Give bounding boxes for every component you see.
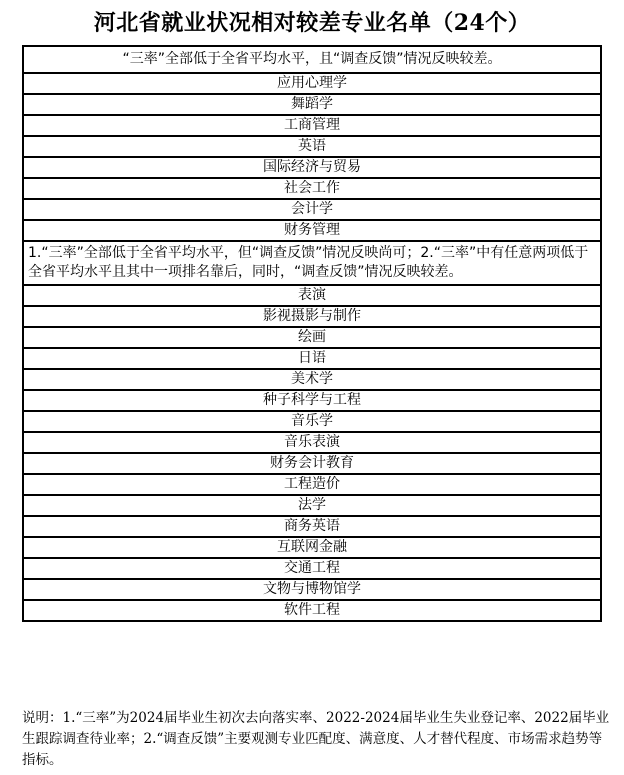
table-row: 社会工作 (23, 178, 601, 199)
footnote: 说明：1.“三率”为2024届毕业生初次去向落实率、2022-2024届毕业生失… (22, 708, 612, 771)
table-row: 英语 (23, 136, 601, 157)
table-row: 互联网金融 (23, 537, 601, 558)
table-row: 交通工程 (23, 558, 601, 579)
table-row: 表演 (23, 285, 601, 306)
table-row: 种子科学与工程 (23, 390, 601, 411)
table-row: 应用心理学 (23, 73, 601, 94)
majors-table: “三率”全部低于全省平均水平，且“调查反馈”情况反映较差。 应用心理学 舞蹈学 … (22, 45, 602, 622)
page-title: 河北省就业状况相对较差专业名单（24个） (0, 6, 624, 37)
table-row: 国际经济与贸易 (23, 157, 601, 178)
table-row: 绘画 (23, 327, 601, 348)
table-row: 工程造价 (23, 474, 601, 495)
group2-criteria: 1.“三率”全部低于全省平均水平，但“调查反馈”情况反映尚可；2.“三率”中有任… (23, 241, 601, 285)
table-row: 音乐学 (23, 411, 601, 432)
table-row: 商务英语 (23, 516, 601, 537)
table-row: 音乐表演 (23, 432, 601, 453)
table-row: 软件工程 (23, 600, 601, 621)
table-row: 法学 (23, 495, 601, 516)
table-row: 舞蹈学 (23, 94, 601, 115)
table-row: 文物与博物馆学 (23, 579, 601, 600)
table-row: 工商管理 (23, 115, 601, 136)
table-row: 财务管理 (23, 220, 601, 241)
table-row: 会计学 (23, 199, 601, 220)
group1-criteria: “三率”全部低于全省平均水平，且“调查反馈”情况反映较差。 (23, 46, 601, 73)
table-row: 影视摄影与制作 (23, 306, 601, 327)
table-row: 美术学 (23, 369, 601, 390)
table-row: 日语 (23, 348, 601, 369)
table-row: 财务会计教育 (23, 453, 601, 474)
